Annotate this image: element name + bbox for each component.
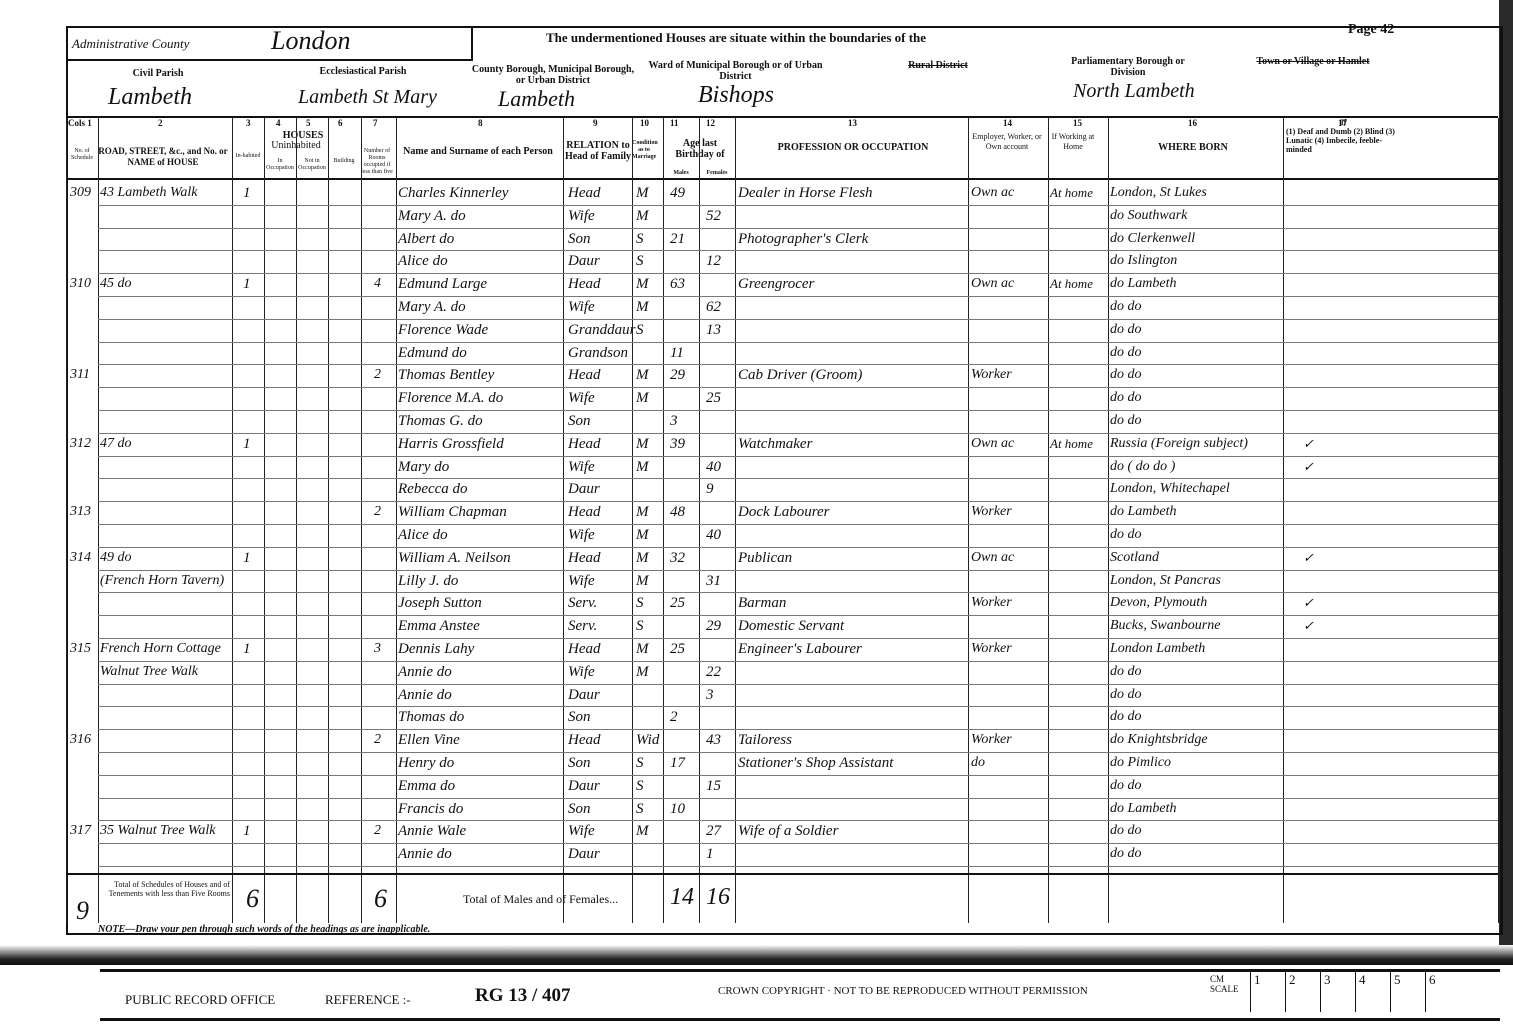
civil-parish-value: Lambeth [108, 84, 192, 111]
infirmity-label: (1) Deaf and Dumb (2) Blind (3) Lunatic … [1286, 127, 1401, 154]
table-row: Joseph SuttonServ.S25BarmanWorkerDevon, … [58, 592, 1500, 614]
table-row: Florence M.A. doWifeM25do do [58, 387, 1500, 409]
cell-relation: Son [568, 228, 591, 250]
cell-employer: Worker [971, 729, 1012, 751]
county-box: Administrative County London [66, 26, 473, 61]
cell-employer: Worker [971, 592, 1012, 614]
cell-relation: Son [568, 798, 591, 820]
cell-name: Thomas do [398, 706, 464, 728]
cell-rooms: 4 [374, 273, 381, 295]
borough-label: County Borough, Municipal Borough, or Ur… [468, 64, 638, 86]
col-building-header: Building [328, 158, 360, 165]
column-number: 8 [478, 118, 483, 128]
cell-female-age: 40 [706, 456, 721, 478]
totals-label: Total of Schedules of Houses and of Tene… [100, 880, 230, 898]
total-males: 14 [670, 884, 694, 911]
scan-edge-bottom [0, 945, 1513, 965]
cell-born: Scotland [1110, 547, 1159, 569]
table-row: Mary A. doWifeM52do Southwark [58, 205, 1500, 227]
cell-inhabited: 1 [243, 433, 251, 455]
cell-relation: Wife [568, 524, 595, 546]
cell-condition: M [636, 820, 649, 842]
cell-inhabited: 1 [243, 820, 251, 842]
col-occupation-header: PROFESSION OR OCCUPATION [748, 142, 958, 153]
cell-female-age: 62 [706, 296, 721, 318]
cell-relation: Daur [568, 843, 600, 865]
cell-condition: M [636, 387, 649, 409]
table-row: 315French Horn Cottage13Dennis LahyHeadM… [58, 638, 1500, 660]
cell-name: Edmund Large [398, 273, 487, 295]
cell-male-age: 49 [670, 182, 685, 204]
cell-employer: Worker [971, 364, 1012, 386]
cell-condition: M [636, 501, 649, 523]
cell-relation: Head [568, 729, 601, 751]
cell-relation: Daur [568, 775, 600, 797]
cell-schedule: 315 [70, 638, 91, 660]
cell-occupation: Publican [738, 547, 792, 569]
row-rule [98, 866, 1498, 867]
table-row: Florence WadeGranddaurS13do do [58, 319, 1500, 341]
totals-rule [66, 873, 1498, 875]
table-row: Annie doDaur1do do [58, 843, 1500, 865]
total-rooms: 6 [374, 884, 387, 914]
table-row: Annie doDaur3do do [58, 684, 1500, 706]
cell-relation: Wife [568, 820, 595, 842]
col-employer-header: Employer, Worker, or Own account [968, 132, 1046, 152]
cell-schedule: 316 [70, 729, 91, 751]
footer-scale-label: CM SCALE [1210, 974, 1238, 994]
cell-male-age: 17 [670, 752, 685, 774]
scale-mark: 2 [1285, 972, 1318, 1012]
cell-condition: S [636, 752, 644, 774]
cell-occupation: Dealer in Horse Flesh [738, 182, 873, 204]
footer-copyright: CROWN COPYRIGHT · NOT TO BE REPRODUCED W… [718, 985, 1088, 997]
cell-employer: Own ac [971, 433, 1014, 455]
cell-name: Lilly J. do [398, 570, 458, 592]
cell-born: London, St Lukes [1110, 182, 1207, 204]
cell-address: 49 do [100, 547, 132, 569]
cell-infirm: ✓ [1303, 615, 1314, 637]
cell-address: 35 Walnut Tree Walk [100, 820, 216, 842]
cell-female-age: 40 [706, 524, 721, 546]
cell-born: London, Whitechapel [1110, 478, 1230, 500]
scale-mark: 6 [1425, 972, 1458, 1012]
cell-male-age: 25 [670, 638, 685, 660]
table-row: Emma doDaurS15do do [58, 775, 1500, 797]
cell-male-age: 25 [670, 592, 685, 614]
cell-relation: Wife [568, 205, 595, 227]
cell-condition: M [636, 456, 649, 478]
cell-occupation: Wife of a Soldier [738, 820, 838, 842]
cell-male-age: 39 [670, 433, 685, 455]
cell-name: Henry do [398, 752, 454, 774]
cell-schedule: 309 [70, 182, 91, 204]
cell-name: Harris Grossfield [398, 433, 504, 455]
cell-address: 45 do [100, 273, 132, 295]
cell-infirm: ✓ [1303, 433, 1314, 455]
cell-rooms: 2 [374, 501, 381, 523]
cell-born: do ( do do ) [1110, 456, 1175, 478]
cell-relation: Head [568, 433, 601, 455]
table-row: Thomas doSon2do do [58, 706, 1500, 728]
cell-female-age: 29 [706, 615, 721, 637]
cell-condition: Wid [636, 729, 659, 751]
cell-male-age: 32 [670, 547, 685, 569]
column-number: 16 [1188, 118, 1197, 128]
cell-employer: Own ac [971, 182, 1014, 204]
cell-schedule: 311 [70, 364, 90, 386]
cell-female-age: 3 [706, 684, 714, 706]
cell-relation: Wife [568, 456, 595, 478]
table-row: Alice doDaurS12do Islington [58, 250, 1500, 272]
col-age-header: Age last Birthday of [665, 138, 735, 160]
col-in-occupation-header: In Occupation [264, 158, 296, 172]
cell-name: Charles Kinnerley [398, 182, 508, 204]
column-number: Cols 1 [68, 118, 92, 128]
table-row: Henry doSonS17Stationer's Shop Assistant… [58, 752, 1500, 774]
cell-born: do do [1110, 843, 1142, 865]
cell-relation: Grandson [568, 342, 628, 364]
cell-relation: Serv. [568, 592, 597, 614]
cell-name: Annie do [398, 684, 452, 706]
cell-address: Walnut Tree Walk [100, 661, 198, 683]
cell-relation: Serv. [568, 615, 597, 637]
county-value: London [271, 26, 350, 56]
cell-female-age: 15 [706, 775, 721, 797]
table-row: (French Horn Tavern)Lilly J. doWifeM31Lo… [58, 570, 1500, 592]
col-schedule-header: No. of Schedule [68, 148, 96, 162]
cell-occupation: Domestic Servant [738, 615, 844, 637]
cell-relation: Wife [568, 387, 595, 409]
col-males-header: Males [663, 170, 699, 177]
cell-condition: M [636, 524, 649, 546]
cell-condition: M [636, 273, 649, 295]
cell-schedule: 312 [70, 433, 91, 455]
table-row: 31247 do1Harris GrossfieldHeadM39Watchma… [58, 433, 1500, 455]
table-row: Edmund doGrandson11do do [58, 342, 1500, 364]
cell-born: do do [1110, 684, 1142, 706]
cell-name: Albert do [398, 228, 454, 250]
column-number: 3 [246, 118, 251, 128]
cell-name: Emma Anstee [398, 615, 480, 637]
table-row: 30943 Lambeth Walk1Charles KinnerleyHead… [58, 182, 1500, 204]
col-females-header: Females [699, 170, 735, 177]
column-number: 5 [306, 118, 311, 128]
column-number: 4 [276, 118, 281, 128]
cell-born: do do [1110, 706, 1142, 728]
cell-at-home: At home [1050, 273, 1093, 295]
cell-born: do do [1110, 524, 1142, 546]
cell-address: French Horn Cottage [100, 638, 221, 660]
col-relation-header: RELATION to Head of Family [563, 140, 633, 162]
cell-name: Emma do [398, 775, 455, 797]
cell-born: do do [1110, 820, 1142, 842]
scale-mark: 3 [1320, 972, 1353, 1012]
column-number: 13 [848, 118, 857, 128]
cell-name: Dennis Lahy [398, 638, 474, 660]
cell-occupation: Dock Labourer [738, 501, 830, 523]
cell-relation: Son [568, 410, 591, 432]
cell-born: do Lambeth [1110, 501, 1177, 523]
table-row: 3112Thomas BentleyHeadM29Cab Driver (Gro… [58, 364, 1500, 386]
cell-born: do do [1110, 387, 1142, 409]
cell-rooms: 2 [374, 820, 381, 842]
cell-name: Annie do [398, 843, 452, 865]
cell-born: do Lambeth [1110, 798, 1177, 820]
archive-footer: PUBLIC RECORD OFFICE REFERENCE :- RG 13 … [100, 966, 1500, 1024]
cell-condition: S [636, 615, 644, 637]
cell-address: 47 do [100, 433, 132, 455]
cell-name: Alice do [398, 524, 448, 546]
cell-relation: Daur [568, 250, 600, 272]
table-row: Emma AnsteeServ.S29Domestic ServantBucks… [58, 615, 1500, 637]
cell-schedule: 313 [70, 501, 91, 523]
ward-value: Bishops [698, 82, 774, 109]
column-number: 14 [1003, 118, 1012, 128]
table-row: Mary doWifeM40do ( do do )✓ [58, 456, 1500, 478]
cell-occupation: Cab Driver (Groom) [738, 364, 862, 386]
page-label: Page [1348, 22, 1377, 37]
footer-bottom-rule [100, 1018, 1500, 1021]
cell-infirm: ✓ [1303, 456, 1314, 478]
sheet-note: NOTE—Draw your pen through such words of… [98, 924, 430, 935]
cell-male-age: 2 [670, 706, 678, 728]
cell-female-age: 12 [706, 250, 721, 272]
scale-mark: 4 [1355, 972, 1388, 1012]
cell-name: William Chapman [398, 501, 507, 523]
cell-name: Francis do [398, 798, 463, 820]
cell-condition: S [636, 250, 644, 272]
cell-born: do do [1110, 661, 1142, 683]
cell-born: do do [1110, 410, 1142, 432]
cell-condition: S [636, 319, 644, 341]
cell-occupation: Barman [738, 592, 786, 614]
cell-female-age: 31 [706, 570, 721, 592]
cell-occupation: Engineer's Labourer [738, 638, 862, 660]
cell-occupation: Photographer's Clerk [738, 228, 868, 250]
cell-male-age: 29 [670, 364, 685, 386]
ecclesiastical-parish-value: Lambeth St Mary [298, 86, 437, 109]
cell-name: William A. Neilson [398, 547, 511, 569]
cell-male-age: 3 [670, 410, 678, 432]
cell-name: Ellen Vine [398, 729, 460, 751]
parliamentary-value: North Lambeth [1073, 80, 1195, 103]
cell-born: do do [1110, 775, 1142, 797]
cell-relation: Head [568, 638, 601, 660]
scale-mark: 5 [1390, 972, 1423, 1012]
column-number: 15 [1073, 118, 1082, 128]
cell-occupation: Stationer's Shop Assistant [738, 752, 893, 774]
cell-name: Florence M.A. do [398, 387, 503, 409]
table-row: 3132William ChapmanHeadM48Dock LabourerW… [58, 501, 1500, 523]
cell-name: Edmund do [398, 342, 467, 364]
cell-male-age: 11 [670, 342, 684, 364]
cell-born: Bucks, Swanbourne [1110, 615, 1220, 637]
table-row: 31045 do14Edmund LargeHeadM63Greengrocer… [58, 273, 1500, 295]
total-females: 16 [706, 884, 730, 911]
col-at-home-header: If Working at Home [1048, 132, 1098, 152]
cell-relation: Son [568, 706, 591, 728]
parliamentary-label: Parliamentary Borough or Division [1058, 56, 1198, 78]
scale-mark: 1 [1250, 972, 1283, 1012]
cell-male-age: 63 [670, 273, 685, 295]
col-inhabited-header: In-habited [232, 153, 264, 160]
cell-rooms: 2 [374, 729, 381, 751]
cell-born: do Lambeth [1110, 273, 1177, 295]
total-schedules: 9 [76, 896, 89, 926]
cell-condition: M [636, 296, 649, 318]
cell-female-age: 1 [706, 843, 714, 865]
cell-condition: M [636, 433, 649, 455]
total-males-females-label: Total of Males and of Females... [463, 892, 618, 907]
cell-female-age: 27 [706, 820, 721, 842]
table-row: Rebecca doDaur9London, Whitechapel [58, 478, 1500, 500]
cell-rooms: 3 [374, 638, 381, 660]
cell-occupation: Greengrocer [738, 273, 814, 295]
cell-occupation: Tailoress [738, 729, 792, 751]
table-row: 31449 do1William A. NeilsonHeadM32Public… [58, 547, 1500, 569]
cell-schedule: 310 [70, 273, 91, 295]
cell-female-age: 43 [706, 729, 721, 751]
cell-infirm: ✓ [1303, 547, 1314, 569]
cell-born: do do [1110, 296, 1142, 318]
cell-condition: S [636, 228, 644, 250]
cell-name: Mary A. do [398, 205, 466, 227]
census-sheet: Administrative County London The underme… [58, 18, 1500, 938]
cell-employer: Worker [971, 501, 1012, 523]
cell-employer: Own ac [971, 273, 1014, 295]
cell-born: do do [1110, 319, 1142, 341]
county-label: Administrative County [72, 36, 189, 52]
footer-office: PUBLIC RECORD OFFICE [125, 992, 275, 1008]
cell-relation: Head [568, 273, 601, 295]
cell-name: Mary A. do [398, 296, 466, 318]
cell-male-age: 21 [670, 228, 685, 250]
cell-infirm: ✓ [1303, 592, 1314, 614]
cell-male-age: 10 [670, 798, 685, 820]
cell-condition: M [636, 205, 649, 227]
cell-born: do do [1110, 342, 1142, 364]
col-condition-header: Condition as to Marriage [632, 140, 656, 161]
cell-name: Florence Wade [398, 319, 488, 341]
cell-relation: Head [568, 364, 601, 386]
cell-inhabited: 1 [243, 182, 251, 204]
table-row: Thomas G. doSon3do do [58, 410, 1500, 432]
cell-relation: Daur [568, 684, 600, 706]
cell-rooms: 2 [374, 364, 381, 386]
col-born-header: WHERE BORN [1108, 142, 1278, 153]
ecclesiastical-parish-label: Ecclesiastical Parish [283, 66, 443, 77]
cell-address: 43 Lambeth Walk [100, 182, 197, 204]
cell-female-age: 22 [706, 661, 721, 683]
column-number: 17 [1338, 118, 1347, 128]
col-name-header: Name and Surname of each Person [403, 146, 553, 157]
cell-born: do Pimlico [1110, 752, 1171, 774]
borough-value: Lambeth [498, 86, 575, 112]
cell-born: do Knightsbridge [1110, 729, 1208, 751]
table-row: Alice doWifeM40do do [58, 524, 1500, 546]
cell-condition: M [636, 638, 649, 660]
cell-condition: M [636, 547, 649, 569]
cell-relation: Head [568, 501, 601, 523]
sheet-heading: The undermentioned Houses are situate wi… [546, 30, 926, 46]
table-row: 3162Ellen VineHeadWid43TailoressWorkerdo… [58, 729, 1500, 751]
cell-male-age: 48 [670, 501, 685, 523]
cell-name: Joseph Sutton [398, 592, 482, 614]
cell-occupation: Watchmaker [738, 433, 812, 455]
rural-district-label: Rural District [868, 60, 1008, 71]
cell-name: Mary do [398, 456, 449, 478]
town-label: Town or Village or Hamlet [1228, 56, 1398, 67]
cell-relation: Head [568, 547, 601, 569]
cell-born: Russia (Foreign subject) [1110, 433, 1248, 455]
cell-born: do Islington [1110, 250, 1177, 272]
column-number: 11 [670, 118, 679, 128]
cell-born: London Lambeth [1110, 638, 1205, 660]
cell-relation: Head [568, 182, 601, 204]
cell-condition: M [636, 570, 649, 592]
cell-condition: M [636, 661, 649, 683]
column-number: 12 [706, 118, 715, 128]
col-road-header: ROAD, STREET, &c., and No. or NAME of HO… [98, 146, 228, 168]
cell-born: do Clerkenwell [1110, 228, 1195, 250]
cell-inhabited: 1 [243, 273, 251, 295]
table-row: Albert doSonS21Photographer's Clerkdo Cl… [58, 228, 1500, 250]
table-row: Francis doSonS10do Lambeth [58, 798, 1500, 820]
cell-schedule: 314 [70, 547, 91, 569]
footer-reference: RG 13 / 407 [475, 985, 571, 1007]
column-number: 6 [338, 118, 343, 128]
cell-inhabited: 1 [243, 638, 251, 660]
cell-relation: Granddaur [568, 319, 636, 341]
cell-name: Thomas Bentley [398, 364, 494, 386]
column-number: 10 [640, 118, 649, 128]
cell-name: Annie do [398, 661, 452, 683]
cell-relation: Son [568, 752, 591, 774]
col-not-in-occupation-header: Not in Occupation [296, 158, 328, 172]
cell-schedule: 317 [70, 820, 91, 842]
cell-condition: S [636, 775, 644, 797]
cell-name: Annie Wale [398, 820, 466, 842]
cell-born: Devon, Plymouth [1110, 592, 1207, 614]
column-number: 2 [158, 118, 163, 128]
column-number: 9 [593, 118, 598, 128]
cell-condition: M [636, 364, 649, 386]
cell-condition: S [636, 798, 644, 820]
cell-address: (French Horn Tavern) [100, 570, 224, 592]
cell-name: Thomas G. do [398, 410, 483, 432]
ward-label: Ward of Municipal Borough or of Urban Di… [648, 60, 823, 82]
cell-relation: Wife [568, 570, 595, 592]
table-row: Walnut Tree WalkAnnie doWifeM22do do [58, 661, 1500, 683]
cell-female-age: 52 [706, 205, 721, 227]
page-number: Page 42 [1348, 22, 1394, 38]
table-row: 31735 Walnut Tree Walk12Annie WaleWifeM2… [58, 820, 1500, 842]
page-value: 42 [1380, 22, 1394, 37]
total-inhabited: 6 [246, 884, 259, 914]
cell-female-age: 25 [706, 387, 721, 409]
column-number: 7 [373, 118, 378, 128]
cell-relation: Wife [568, 661, 595, 683]
cell-born: London, St Pancras [1110, 570, 1221, 592]
cell-born: do do [1110, 364, 1142, 386]
cell-employer: Worker [971, 638, 1012, 660]
cell-at-home: At home [1050, 182, 1093, 204]
civil-parish-label: Civil Parish [78, 68, 238, 79]
cell-relation: Daur [568, 478, 600, 500]
cell-employer: Own ac [971, 547, 1014, 569]
cell-condition: S [636, 592, 644, 614]
